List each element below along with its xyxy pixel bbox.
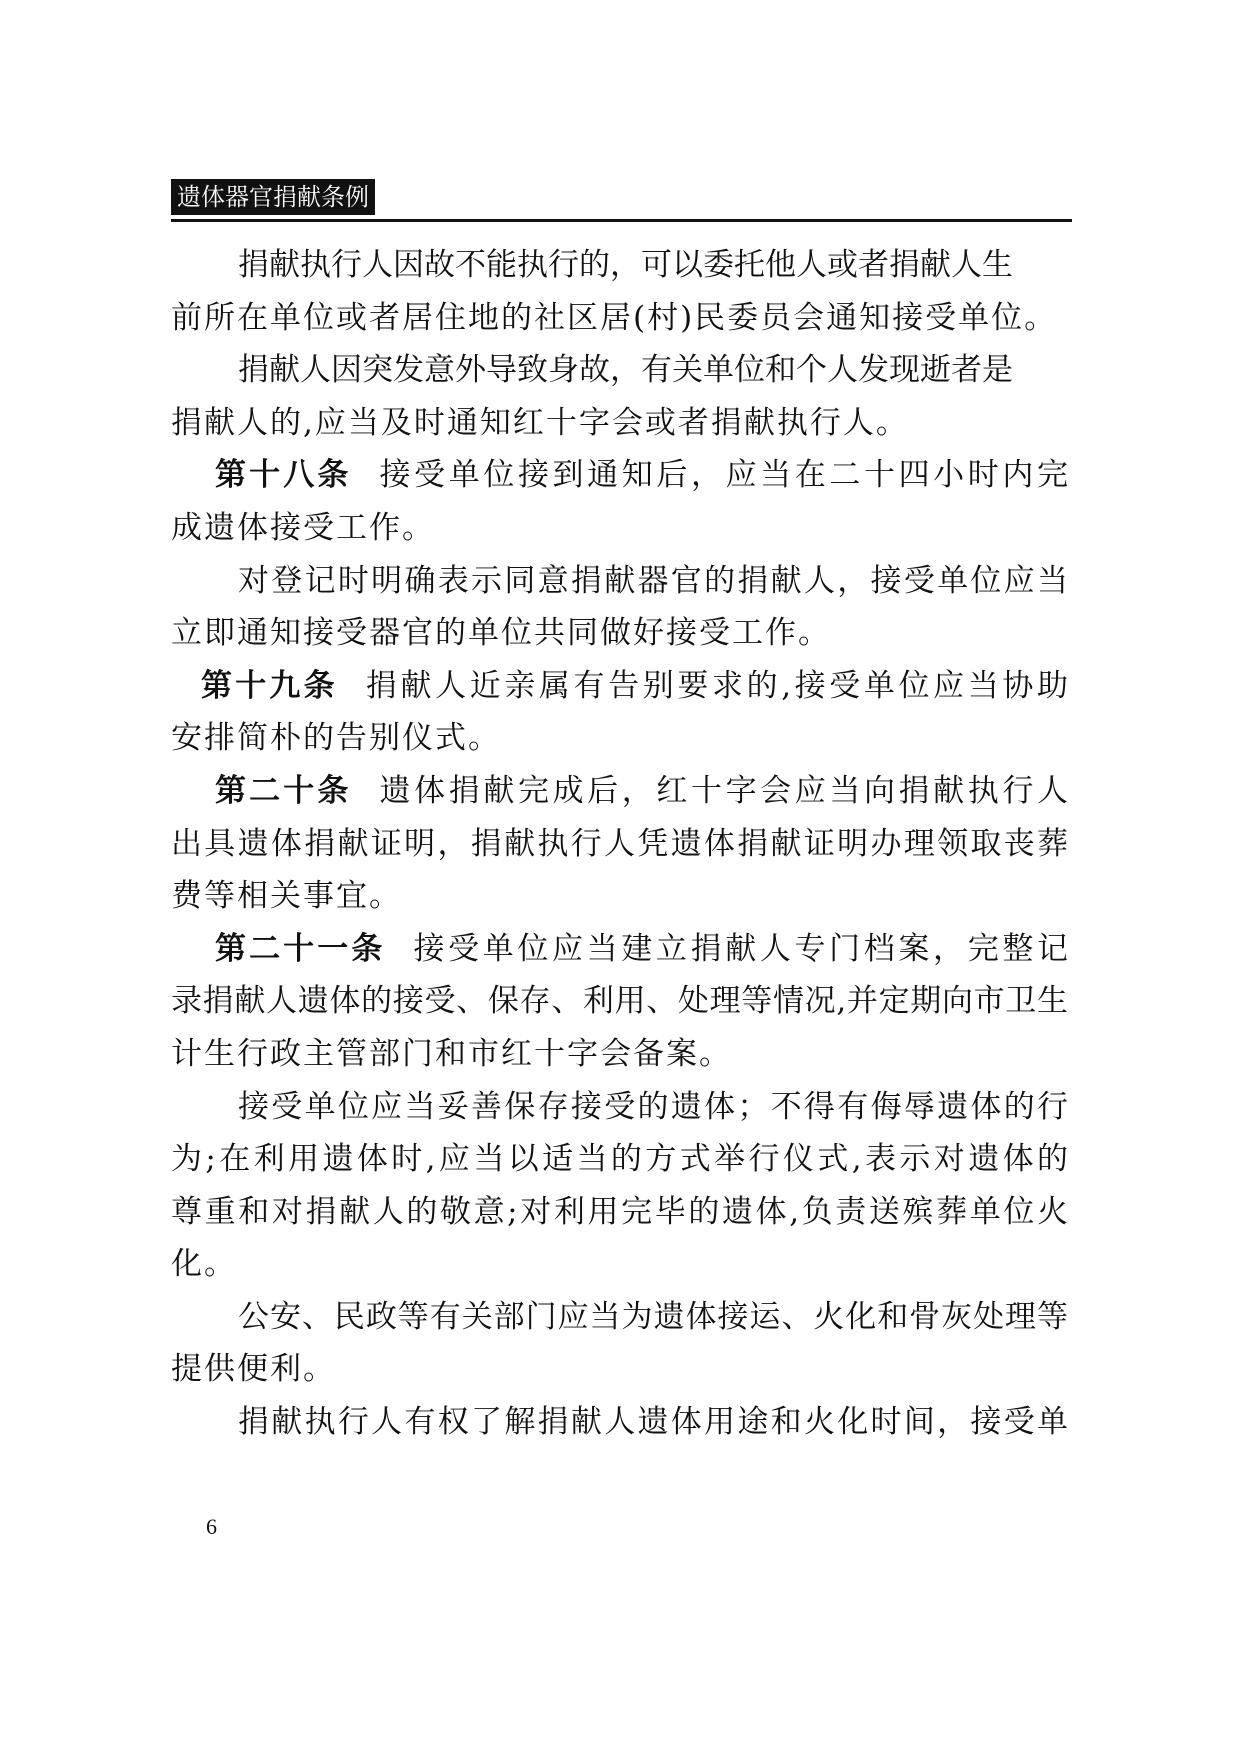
line-text: 公安、民政等有关部门应当为遗体接运、火化和骨灰处理等 (238, 1299, 1068, 1335)
line-text: 立即通知接受器官的单位共同做好接受工作。 (171, 615, 831, 651)
text-line: 计生行政主管部门和市红十字会备案。 (171, 1032, 1068, 1085)
line-text: 接受单位应当建立捐献人专门档案，完整记 (413, 931, 1069, 967)
text-line: 立即通知接受器官的单位共同做好接受工作。 (171, 611, 1068, 664)
article-20-line: 第二十条遗体捐献完成后，红十字会应当向捐献执行人 (171, 769, 1068, 822)
article-number: 第十九条 (201, 668, 338, 704)
document-page: 遗体器官捐献条例 捐献执行人因故不能执行的，可以委托他人或者捐献人生 前所在单位… (0, 0, 1240, 1754)
article-number: 第二十一条 (215, 931, 385, 967)
line-text: 接受单位接到通知后，应当在二十四小时内完 (380, 457, 1070, 493)
line-text: 为;在利用遗体时,应当以适当的方式举行仪式,表示对遗体的 (171, 1141, 1068, 1177)
text-line: 为;在利用遗体时,应当以适当的方式举行仪式,表示对遗体的 (171, 1137, 1068, 1190)
line-text: 捐献人近亲属有告别要求的,接受单位应当协助 (366, 668, 1070, 704)
text-line: 公安、民政等有关部门应当为遗体接运、火化和骨灰处理等 (171, 1295, 1068, 1348)
text-line: 提供便利。 (171, 1347, 1068, 1400)
text-line: 安排简朴的告别仪式。 (171, 716, 1068, 769)
line-text: 捐献人的,应当及时通知红十字会或者捐献执行人。 (171, 405, 909, 441)
text-line: 录捐献人遗体的接受、保存、利用、处理等情况,并定期向市卫生 (171, 979, 1068, 1032)
text-line: 费等相关事宜。 (171, 874, 1068, 927)
line-text: 捐献人因突发意外导致身故，有关单位和个人发现逝者是 (238, 348, 1068, 392)
text-line: 对登记时明确表示同意捐献器官的捐献人，接受单位应当 (171, 559, 1068, 612)
running-head-title: 遗体器官捐献条例 (171, 179, 375, 215)
text-line: 化。 (171, 1242, 1068, 1295)
article-18-line: 第十八条接受单位接到通知后，应当在二十四小时内完 (171, 453, 1068, 506)
header-rule-divider (171, 219, 1072, 222)
article-21-line: 第二十一条接受单位应当建立捐献人专门档案，完整记 (171, 927, 1068, 980)
line-text: 遗体捐献完成后，红十字会应当向捐献执行人 (380, 773, 1070, 809)
page-number: 6 (206, 1514, 217, 1540)
line-text: 捐献执行人有权了解捐献人遗体用途和火化时间，接受单 (238, 1404, 1068, 1440)
text-line: 捐献执行人因故不能执行的，可以委托他人或者捐献人生 (171, 243, 1068, 296)
text-line: 捐献执行人有权了解捐献人遗体用途和火化时间，接受单 (171, 1400, 1068, 1453)
line-text: 安排简朴的告别仪式。 (171, 720, 501, 756)
text-line: 捐献人的,应当及时通知红十字会或者捐献执行人。 (171, 401, 1068, 454)
text-line: 接受单位应当妥善保存接受的遗体；不得有侮辱遗体的行 (171, 1085, 1068, 1138)
article-number: 第十八条 (215, 457, 352, 493)
line-text: 化。 (171, 1246, 237, 1282)
line-text: 费等相关事宜。 (171, 878, 402, 914)
line-text: 接受单位应当妥善保存接受的遗体；不得有侮辱遗体的行 (238, 1089, 1068, 1125)
article-number: 第二十条 (215, 773, 352, 809)
line-text: 提供便利。 (171, 1351, 336, 1387)
line-text: 尊重和对捐献人的敬意;对利用完毕的遗体,负责送殡葬单位火 (171, 1194, 1068, 1230)
text-line: 尊重和对捐献人的敬意;对利用完毕的遗体,负责送殡葬单位火 (171, 1190, 1068, 1243)
article-19-line: 第十九条捐献人近亲属有告别要求的,接受单位应当协助 (171, 664, 1068, 717)
text-line: 捐献人因突发意外导致身故，有关单位和个人发现逝者是 (171, 348, 1068, 401)
line-text: 录捐献人遗体的接受、保存、利用、处理等情况,并定期向市卫生 (171, 983, 1068, 1019)
line-text: 计生行政主管部门和市红十字会备案。 (171, 1036, 732, 1072)
line-text: 出具遗体捐献证明，捐献执行人凭遗体捐献证明办理领取丧葬 (171, 826, 1068, 862)
text-line: 成遗体接受工作。 (171, 506, 1068, 559)
body-text: 捐献执行人因故不能执行的，可以委托他人或者捐献人生 前所在单位或者居住地的社区居… (171, 243, 1068, 1453)
line-text: 捐献执行人因故不能执行的，可以委托他人或者捐献人生 (238, 243, 1068, 287)
line-text: 成遗体接受工作。 (171, 510, 435, 546)
text-line: 前所在单位或者居住地的社区居(村)民委员会通知接受单位。 (171, 296, 1068, 349)
line-text: 前所在单位或者居住地的社区居(村)民委员会通知接受单位。 (171, 300, 1057, 336)
text-line: 出具遗体捐献证明，捐献执行人凭遗体捐献证明办理领取丧葬 (171, 822, 1068, 875)
line-text: 对登记时明确表示同意捐献器官的捐献人，接受单位应当 (238, 563, 1068, 599)
